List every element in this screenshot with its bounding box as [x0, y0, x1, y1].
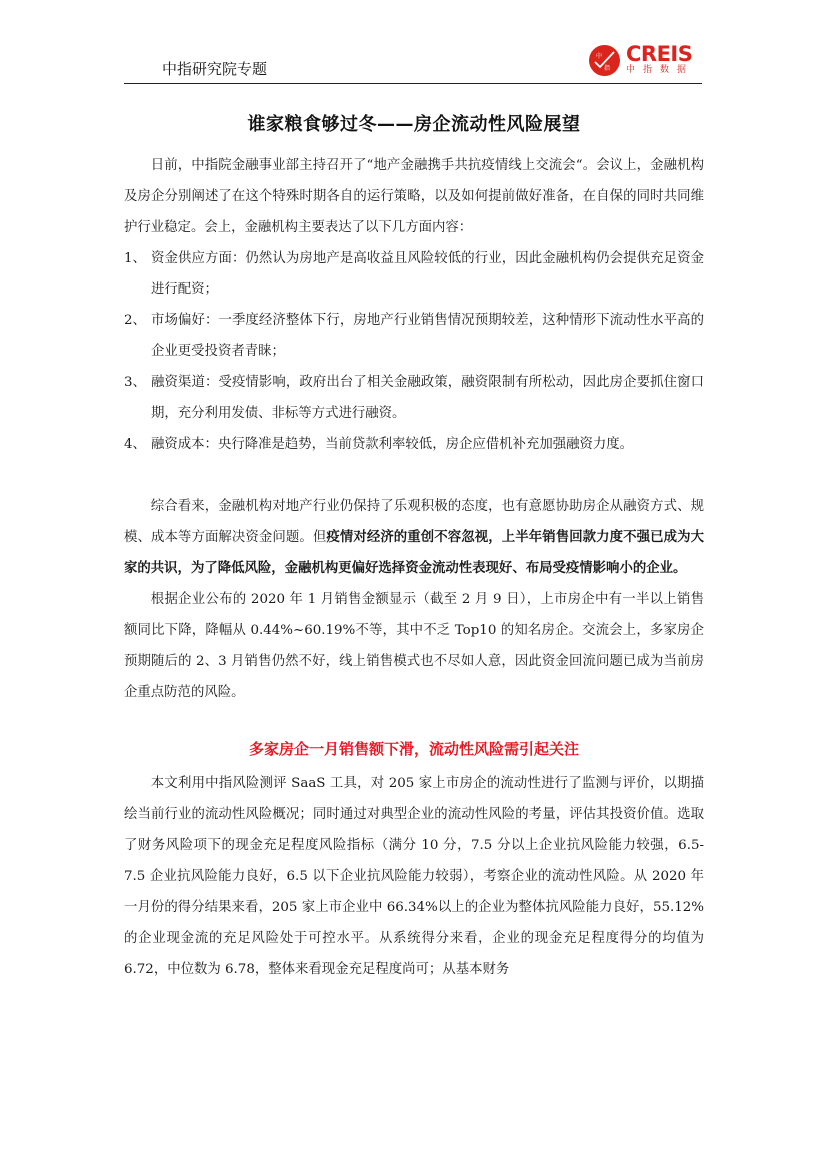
document-title: 谁家粮食够过冬——房企流动性风险展望	[124, 110, 704, 136]
list-number: 2、	[124, 305, 151, 367]
paragraph-gap	[124, 460, 704, 491]
list-item: 4、 融资成本：央行降准是趋势，当前贷款利率较低，房企应借机补充加强融资力度。	[124, 429, 704, 460]
list-number: 3、	[124, 367, 151, 429]
list-text: 融资渠道：受疫情影响，政府出台了相关金融政策，融资限制有所松动，因此房企要抓住窗…	[151, 367, 704, 429]
svg-text:中: 中	[596, 52, 602, 60]
intro-paragraph: 日前，中指院金融事业部主持召开了“地产金融携手共抗疫情线上交流会“。会议上，金融…	[124, 150, 704, 243]
creis-logo: 中 指 CREIS 中指数据	[589, 42, 694, 78]
page-header: 中指研究院专题 中 指 CREIS 中指数据	[124, 40, 702, 84]
section-heading: 多家房企一月销售额下滑，流动性风险需引起关注	[124, 734, 704, 764]
list-item: 3、 融资渠道：受疫情影响，政府出台了相关金融政策，融资限制有所松动，因此房企要…	[124, 367, 704, 429]
sales-paragraph: 根据企业公布的 2020 年 1 月销售金额显示（截至 2 月 9 日），上市房…	[124, 584, 704, 708]
svg-text:指: 指	[604, 64, 610, 72]
list-text: 市场偏好：一季度经济整体下行，房地产行业销售情况预期较差，这种情形下流动性水平高…	[151, 305, 704, 367]
analysis-paragraph: 本文利用中指风险测评 SaaS 工具，对 205 家上市房企的流动性进行了监测与…	[124, 768, 704, 985]
creis-circle-logo-icon: 中 指	[589, 45, 620, 76]
list-text: 资金供应方面：仍然认为房地产是高收益且风险较低的行业，因此金融机构仍会提供充足资…	[151, 243, 704, 305]
key-points-list: 1、 资金供应方面：仍然认为房地产是高收益且风险较低的行业，因此金融机构仍会提供…	[124, 243, 704, 460]
summary-paragraph: 综合看来，金融机构对地产行业仍保持了乐观积极的态度，也有意愿协助房企从融资方式、…	[124, 491, 704, 584]
logo-subtitle: 中指数据	[626, 65, 694, 76]
document-body: 谁家粮食够过冬——房企流动性风险展望 日前，中指院金融事业部主持召开了“地产金融…	[124, 105, 704, 985]
list-text: 融资成本：央行降准是趋势，当前贷款利率较低，房企应借机补充加强融资力度。	[151, 429, 704, 460]
list-item: 2、 市场偏好：一季度经济整体下行，房地产行业销售情况预期较差，这种情形下流动性…	[124, 305, 704, 367]
list-number: 1、	[124, 243, 151, 305]
list-number: 4、	[124, 429, 151, 460]
header-title: 中指研究院专题	[162, 58, 267, 79]
list-item: 1、 资金供应方面：仍然认为房地产是高收益且风险较低的行业，因此金融机构仍会提供…	[124, 243, 704, 305]
logo-brand: CREIS	[626, 44, 692, 64]
